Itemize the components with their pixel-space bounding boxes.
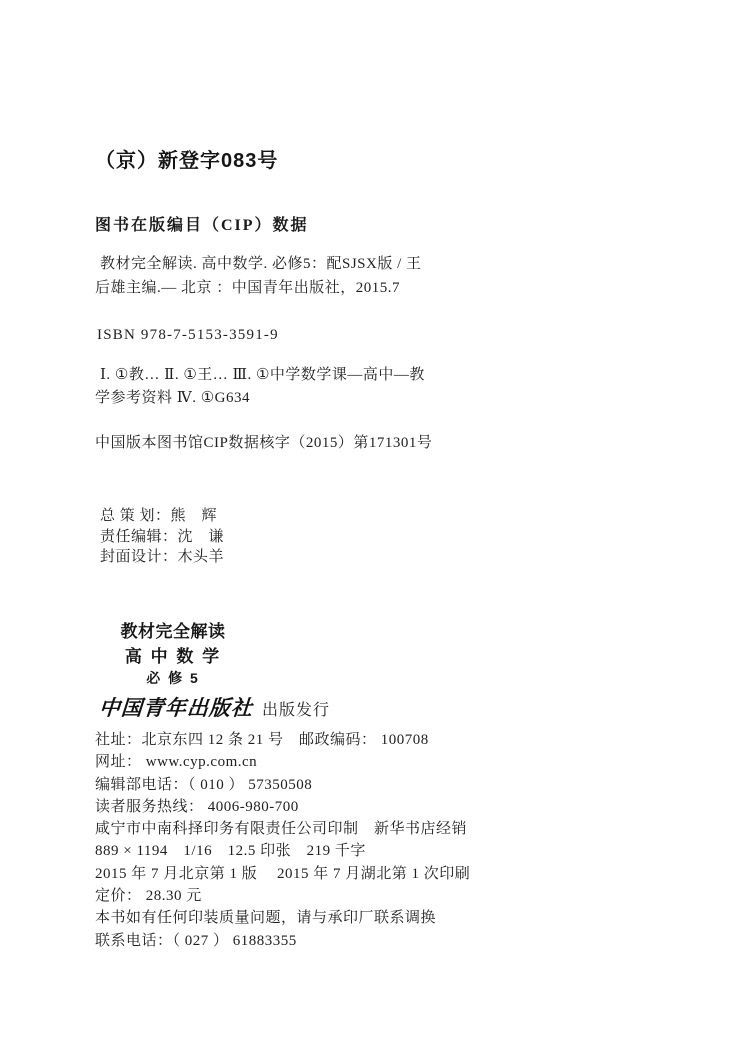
chief-planner-credit: 总 策 划：熊 辉	[100, 506, 224, 527]
cip-record-number: 中国版本图书馆CIP数据核字（2015）第171301号	[95, 432, 432, 454]
cip-description: 教材完全解读. 高中数学. 必修5：配SJSX版 / 王 后雄主编.— 北京 ：…	[95, 253, 425, 300]
contact-phone: 联系电话：（ 027 ） 61883355	[95, 930, 655, 952]
publisher-line: 中国青年出版社出版发行	[99, 694, 330, 725]
edition-printing-info: 2015 年 7 月北京第 1 版 2015 年 7 月湖北第 1 次印刷	[95, 863, 655, 885]
print-quality-notice: 本书如有任何印装质量问题，请与承印厂联系调换	[95, 907, 655, 929]
cip-classification: Ⅰ. ①教… Ⅱ. ①王… Ⅲ. ①中学数学课—高中—教 学参考资料 Ⅳ. ①G…	[95, 364, 455, 409]
book-copyright-page: （京）新登字083号 图书在版编目（CIP）数据 教材完全解读. 高中数学. 必…	[0, 0, 750, 1040]
printer-distributor: 咸宁市中南科择印务有限责任公司印制 新华书店经销	[95, 818, 655, 840]
isbn-number: ISBN 978-7-5153-3591-9	[97, 324, 279, 346]
cip-classification-line2: 学参考资料 Ⅳ. ①G634	[95, 387, 455, 410]
price: 定价： 28.30 元	[95, 885, 655, 907]
book-title-block: 教材完全解读 高 中 数 学 必 修 5	[92, 620, 254, 688]
publisher-publish-label: 出版发行	[262, 702, 330, 719]
editorial-phone: 编辑部电话：（ 010 ） 57350508	[95, 774, 655, 796]
book-subject-title: 高 中 数 学	[92, 644, 254, 669]
cip-data-heading: 图书在版编目（CIP）数据	[95, 214, 309, 238]
publisher-website: 网址： www.cyp.com.cn	[95, 751, 655, 773]
publisher-logo: 中国青年出版社	[98, 694, 254, 722]
cover-design-credit: 封面设计：木头羊	[100, 547, 224, 568]
registration-number: （京）新登字083号	[95, 147, 278, 175]
colophon-block: 社址：北京东四 12 条 21 号 邮政编码： 100708 网址： www.c…	[95, 729, 655, 952]
staff-credits: 总 策 划：熊 辉 责任编辑：沈 谦 封面设计：木头羊	[100, 506, 224, 568]
book-volume-label: 必 修 5	[92, 669, 254, 688]
reader-service-hotline: 读者服务热线： 4006-980-700	[95, 796, 655, 818]
responsible-editor-credit: 责任编辑：沈 谦	[100, 527, 224, 548]
cip-classification-line1: Ⅰ. ①教… Ⅱ. ①王… Ⅲ. ①中学数学课—高中—教	[95, 364, 455, 387]
publisher-address: 社址：北京东四 12 条 21 号 邮政编码： 100708	[95, 729, 655, 751]
cip-description-line1: 教材完全解读. 高中数学. 必修5：配SJSX版 / 王	[95, 253, 425, 277]
format-spec: 889 × 1194 1/16 12.5 印张 219 千字	[95, 840, 655, 862]
cip-description-line2: 后雄主编.— 北京 ：中国青年出版社，2015.7	[95, 277, 425, 301]
book-series-title: 教材完全解读	[92, 620, 254, 644]
